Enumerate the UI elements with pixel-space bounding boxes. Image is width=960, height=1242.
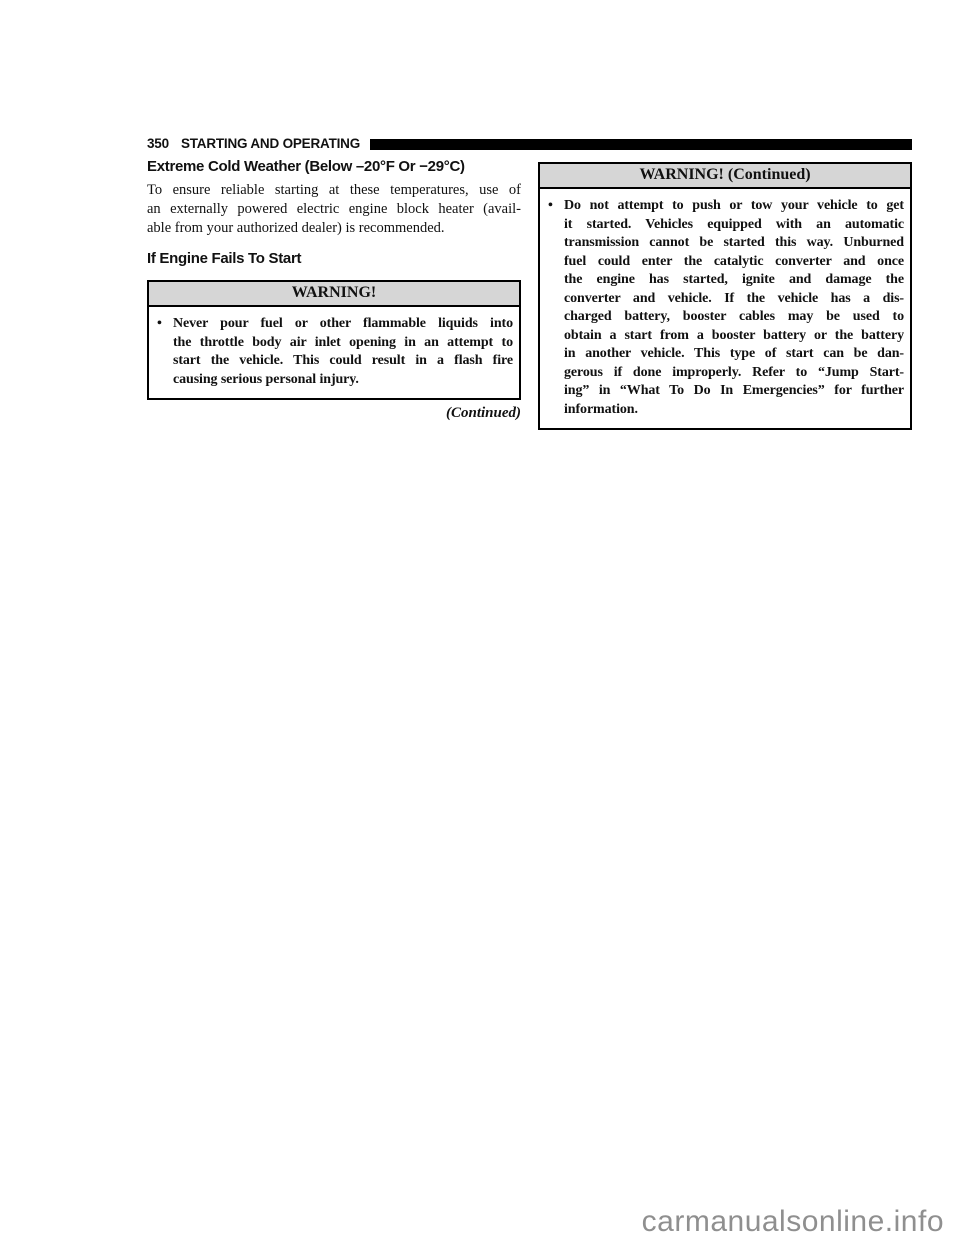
warning-bullet-item: • Never pour fuel or other flammable liq… (155, 315, 513, 389)
warning-bullet-item: • Do not attempt to push or tow your veh… (546, 197, 904, 419)
right-column: WARNING! (Continued) • Do not attempt to… (538, 158, 912, 430)
warning-box-left-body: • Never pour fuel or other flammable liq… (149, 307, 519, 398)
bullet-icon: • (546, 197, 564, 419)
continued-note: (Continued) (147, 405, 521, 422)
left-column: Extreme Cold Weather (Below –20°F Or −29… (147, 158, 521, 430)
header-divider-bar (370, 139, 912, 150)
intro-paragraph: To ensure reliable starting at these tem… (147, 181, 521, 238)
manual-page: 350 STARTING AND OPERATING Extreme Cold … (0, 0, 960, 1242)
watermark-carmanualsonline: carmanualsonline.info (642, 1205, 944, 1239)
warning-box-right-title: WARNING! (Continued) (540, 164, 910, 189)
heading-extreme-cold-weather: Extreme Cold Weather (Below –20°F Or −29… (147, 158, 521, 176)
bullet-icon: • (155, 315, 173, 389)
warning-box-left: WARNING! • Never pour fuel or other flam… (147, 280, 521, 400)
page-header: 350 STARTING AND OPERATING (147, 136, 912, 151)
subheading-if-engine-fails: If Engine Fails To Start (147, 250, 521, 268)
warning-box-left-title: WARNING! (149, 282, 519, 307)
page-number: 350 (147, 136, 169, 151)
warning-box-right: WARNING! (Continued) • Do not attempt to… (538, 162, 912, 430)
two-column-layout: Extreme Cold Weather (Below –20°F Or −29… (147, 158, 912, 430)
warning-box-right-body: • Do not attempt to push or tow your veh… (540, 189, 910, 428)
warning-bullet-text: Do not attempt to push or tow your vehic… (564, 197, 904, 419)
section-title: STARTING AND OPERATING (181, 136, 360, 151)
warning-bullet-text: Never pour fuel or other flammable liqui… (173, 315, 513, 389)
